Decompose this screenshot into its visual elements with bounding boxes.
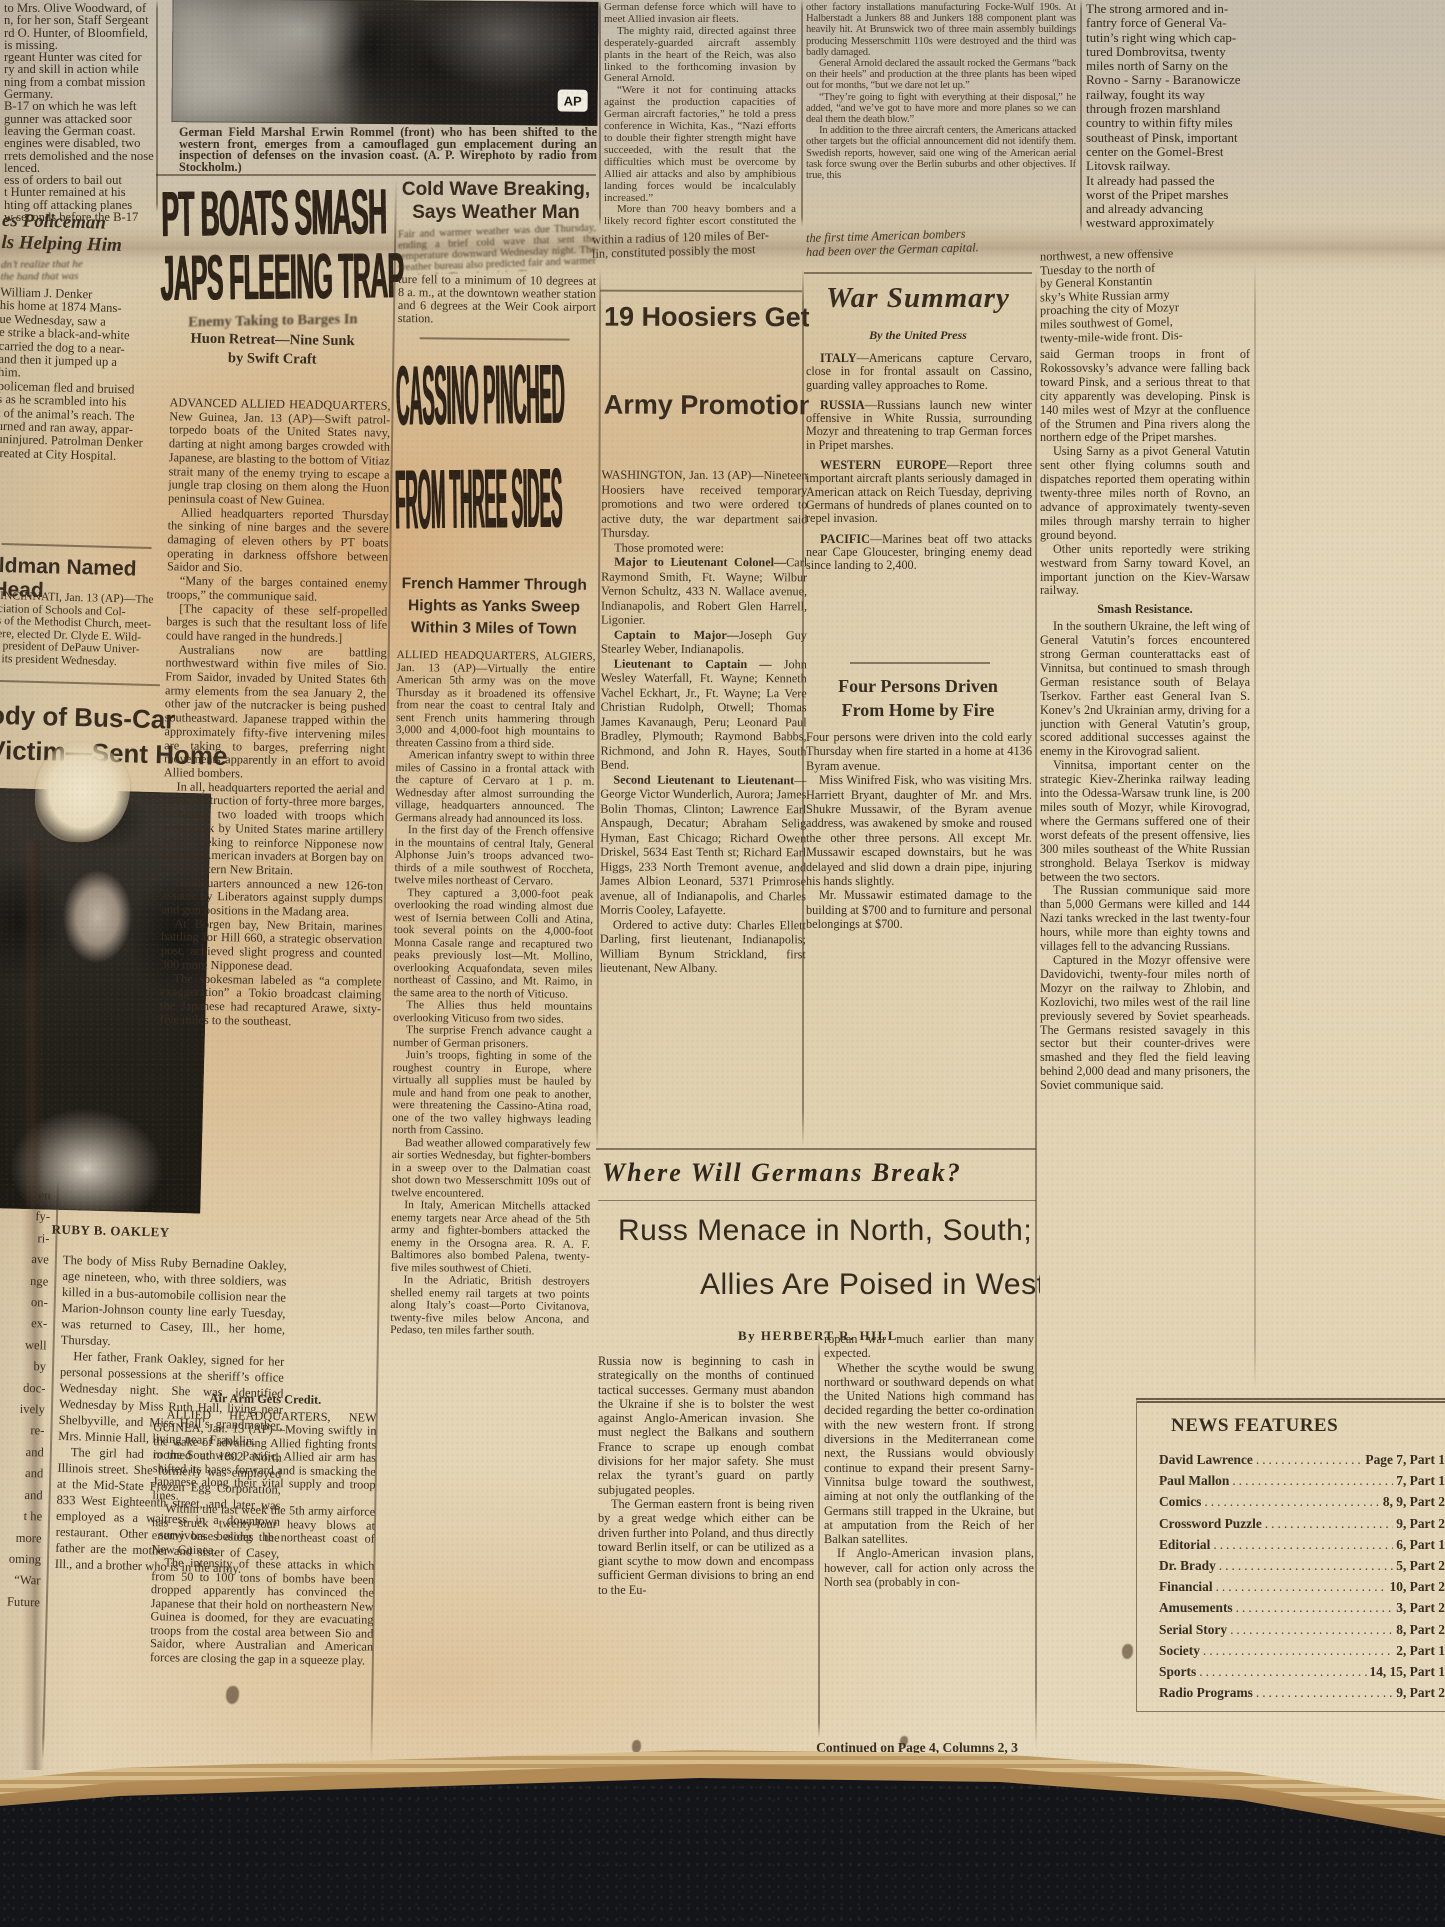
column-rule <box>1035 268 1037 1750</box>
paragraph: Those promoted were: <box>601 540 807 555</box>
paragraph: Lieutenant to Captain — John Wesley Wate… <box>600 656 806 773</box>
russia-fold-fragment: northwest, a new offensive Tuesday to th… <box>1040 245 1248 345</box>
paragraph: Amusements3, Part 2 <box>1159 1597 1445 1618</box>
paragraph: The Russian communique said more than 5,… <box>1040 884 1250 954</box>
paragraph: In the southern Ukraine, the left wing o… <box>1040 620 1250 759</box>
war-summary-items: ITALY—Americans capture Cervaro, close i… <box>806 352 1032 658</box>
hoosiers-headline-line2: Army Promotions <box>604 390 809 422</box>
paragraph: Ordered to active duty: Charles Ellett D… <box>600 917 806 976</box>
section-rule <box>600 290 802 292</box>
paragraph: Miss Winifred Fisk, who was visiting Mrs… <box>806 773 1032 888</box>
paragraph: Major to Lieutenant Colonel—Carl Raymond… <box>601 555 807 628</box>
paragraph: Captured in the Mozyr offensive were Dav… <box>1040 954 1250 1093</box>
paragraph: Four persons were driven into the cold e… <box>806 730 1032 773</box>
paragraph: WASHINGTON, Jan. 13 (AP)—Nineteen Hoosie… <box>601 468 807 541</box>
column-rule <box>1254 260 1256 1390</box>
fire-headline-line1: Four Persons Driven <box>804 674 1032 698</box>
hoosiers-body: WASHINGTON, Jan. 13 (AP)—Nineteen Hoosie… <box>599 468 807 1145</box>
paragraph: Smash Resistance. <box>1040 603 1250 617</box>
germans-break-headline-line2: Allies Are Poised in West <box>700 1268 1040 1302</box>
paragraph: Vinnitsa, important center on the strate… <box>1040 759 1250 884</box>
news-features-box: NEWS FEATURES David LawrencePage 7, Part… <box>1136 1398 1445 1712</box>
war-summary-byline: By the United Press <box>804 328 1032 343</box>
paragraph: said German troops in front of Rokossovs… <box>1040 348 1250 445</box>
paragraph: ropean war much earlier than many expect… <box>824 1332 1034 1361</box>
page-curl-seam <box>22 840 44 1770</box>
section-rule <box>596 1148 1036 1150</box>
paragraph: PACIFIC—Marines beat off two attacks nea… <box>806 533 1032 573</box>
paragraph: If Anglo-American invasion plans, howeve… <box>824 1546 1034 1589</box>
russia-body: said German troops in front of Rokossovs… <box>1040 348 1250 1388</box>
paragraph: The German eastern front is being riven … <box>598 1497 814 1597</box>
paragraph: David LawrencePage 7, Part 1 <box>1159 1449 1445 1470</box>
war-summary-headline: War Summary <box>804 282 1032 315</box>
news-features-title: NEWS FEATURES <box>1171 1415 1431 1437</box>
paragraph: Serial Story8, Part 2 <box>1159 1619 1445 1640</box>
paragraph: Sports14, 15, Part 1 <box>1159 1661 1445 1682</box>
fire-headline: Four Persons Driven From Home by Fire <box>804 674 1032 722</box>
paragraph: Russia now is beginning to cash in strat… <box>598 1354 814 1497</box>
paragraph: Society2, Part 1 <box>1159 1640 1445 1661</box>
paragraph: Captain to Major—Joseph Guy Stearley Web… <box>601 627 807 657</box>
paragraph: ITALY—Americans capture Cervaro, close i… <box>806 352 1032 392</box>
paragraph: Using Sarny as a pivot General Vatutin s… <box>1040 445 1250 542</box>
paragraph: Financial10, Part 2 <box>1159 1576 1445 1597</box>
paragraph: Paul Mallon7, Part 1 <box>1159 1470 1445 1491</box>
paragraph: Dr. Brady5, Part 2 <box>1159 1555 1445 1576</box>
newspaper-photo-scene: { "hunter_fragment": "to Mrs. Olive Wood… <box>0 0 1445 1927</box>
section-rule <box>804 272 1032 274</box>
section-rule <box>598 1200 1036 1201</box>
paragraph: Second Lieutenant to Lieutenant—George V… <box>600 772 807 918</box>
paragraph: Mr. Mussawir estimated damage to the bui… <box>806 888 1032 931</box>
paragraph: Whether the scythe would be swung northw… <box>824 1361 1034 1547</box>
fire-body: Four persons were driven into the cold e… <box>806 730 1032 1142</box>
fire-headline-line2: From Home by Fire <box>804 698 1032 722</box>
germans-break-col2: ropean war much earlier than many expect… <box>824 1332 1034 1736</box>
news-features-list: David LawrencePage 7, Part 1Paul Mallon7… <box>1159 1449 1445 1703</box>
paragraph: Other units reportedly were striking wes… <box>1040 543 1250 599</box>
hoosiers-headline-line1: 19 Hoosiers Get <box>604 302 809 334</box>
germans-break-kicker: Where Will Germans Break? <box>602 1158 1036 1188</box>
newspaper-page: to Mrs. Olive Woodward, of n, for her so… <box>0 0 1445 1800</box>
paragraph: Radio Programs9, Part 2 <box>1159 1682 1445 1703</box>
column-rule <box>818 1340 820 1738</box>
paragraph: Editorial6, Part 1 <box>1159 1534 1445 1555</box>
paragraph: RUSSIA—Russians launch new winter offens… <box>806 399 1032 452</box>
germans-break-headline-line1: Russ Menace in North, South; <box>618 1214 1038 1248</box>
germans-break-col1: Russia now is beginning to cash in strat… <box>598 1354 814 1760</box>
paragraph: Comics8, 9, Part 2 <box>1159 1491 1445 1512</box>
paragraph: Crossword Puzzle9, Part 2 <box>1159 1513 1445 1534</box>
section-rule <box>850 662 990 664</box>
paragraph: WESTERN EUROPE—Report three important ai… <box>806 459 1032 525</box>
